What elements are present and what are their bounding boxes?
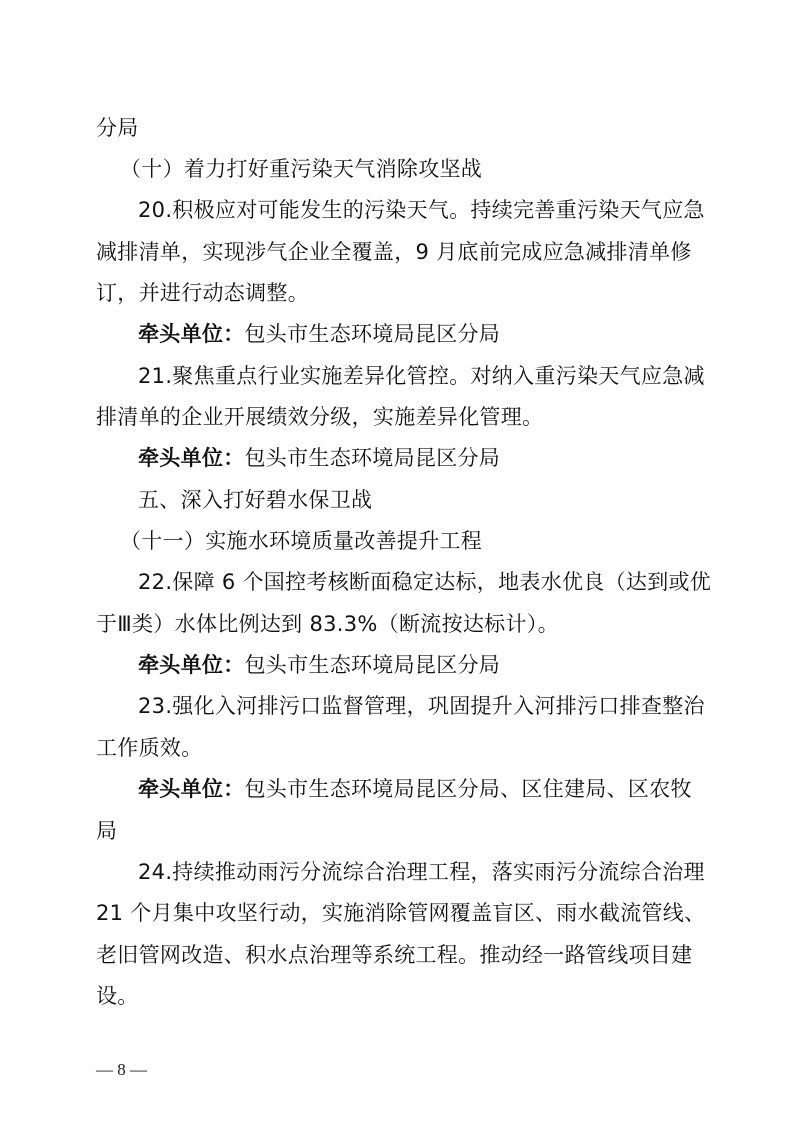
paragraph-line: 22.保障 6 个国控考核断面稳定达标，地表水优良（达到或优 [138, 570, 706, 594]
lead-unit-line: 牵头单位：包头市生态环境局昆区分局 [138, 446, 706, 470]
text-line: 分局 [96, 116, 706, 140]
paragraph-line: 20.积极应对可能发生的污染天气。持续完善重污染天气应急 [138, 198, 706, 222]
paragraph-line: 21.聚焦重点行业实施差异化管控。对纳入重污染天气应急减 [138, 364, 706, 388]
paragraph-line: 工作质效。 [96, 736, 706, 760]
paragraph-line: 23.强化入河排污口监督管理，巩固提升入河排污口排查整治 [138, 694, 706, 718]
paragraph-line: 局 [96, 819, 706, 843]
paragraph-line: 老旧管网改造、积水点治理等系统工程。推动经一路管线项目建 [96, 943, 706, 967]
lead-unit-label: 牵头单位： [138, 446, 245, 470]
paragraph-line: 于Ⅲ类）水体比例达到 83.3%（断流按达标计）。 [96, 612, 706, 636]
paragraph-line: 24.持续推动雨污分流综合治理工程，落实雨污分流综合治理 [138, 860, 706, 884]
lead-unit-line: 牵头单位：包头市生态环境局昆区分局 [138, 322, 706, 346]
section-heading: （十一）实施水环境质量改善提升工程 [120, 529, 730, 553]
paragraph-line: 设。 [96, 984, 706, 1008]
paragraph-line: 减排清单，实现涉气企业全覆盖，9 月底前完成应急减排清单修 [96, 240, 706, 264]
lead-unit-value: 包头市生态环境局昆区分局 [245, 653, 501, 677]
paragraph-line: 订，并进行动态调整。 [96, 281, 706, 305]
lead-unit-label: 牵头单位： [138, 777, 245, 801]
lead-unit-label: 牵头单位： [138, 653, 245, 677]
section-heading: （十）着力打好重污染天气消除攻坚战 [120, 157, 730, 181]
lead-unit-line: 牵头单位：包头市生态环境局昆区分局 [138, 653, 706, 677]
paragraph-line: 21 个月集中攻坚行动，实施消除管网覆盖盲区、雨水截流管线、 [96, 901, 706, 925]
lead-unit-value: 包头市生态环境局昆区分局、区住建局、区农牧 [245, 777, 692, 801]
lead-unit-line: 牵头单位：包头市生态环境局昆区分局、区住建局、区农牧 [138, 777, 706, 801]
lead-unit-label: 牵头单位： [138, 322, 245, 346]
chapter-heading: 五、深入打好碧水保卫战 [138, 488, 706, 512]
lead-unit-value: 包头市生态环境局昆区分局 [245, 446, 501, 470]
lead-unit-value: 包头市生态环境局昆区分局 [245, 322, 501, 346]
page-number: — 8 — [96, 1060, 147, 1080]
paragraph-line: 排清单的企业开展绩效分级，实施差异化管理。 [96, 405, 706, 429]
